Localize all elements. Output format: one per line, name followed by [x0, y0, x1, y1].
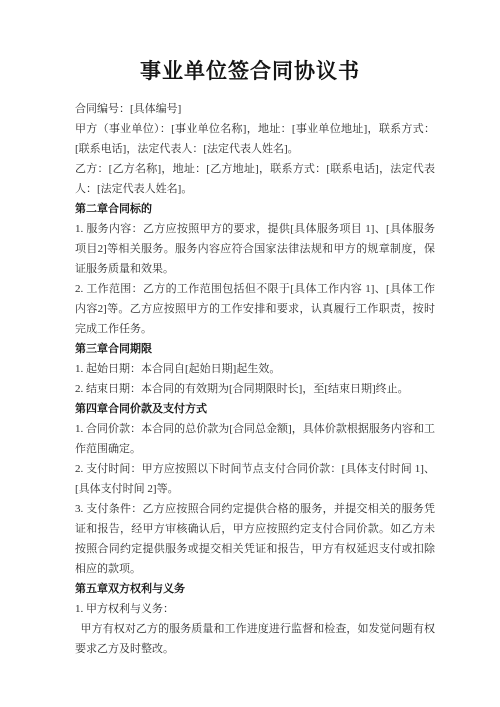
- paragraph: 2. 支付时间：甲方应按照以下时间节点支付合同价款：[具体支付时间 1]、[具体…: [75, 459, 435, 499]
- paragraph: 1. 服务内容：乙方应按照甲方的要求，提供[具体服务项目 1]、[具体服务项目2…: [75, 219, 435, 279]
- section-heading: 第三章合同期限: [75, 339, 435, 359]
- paragraph: 甲方有权对乙方的服务质量和工作进度进行监督和检查，如发觉问题有权要求乙方及时整改…: [75, 619, 435, 659]
- paragraph: 1. 甲方权利与义务：: [75, 599, 435, 619]
- paragraph: 1. 起始日期：本合同自[起始日期]起生效。: [75, 359, 435, 379]
- paragraph: 3. 支付条件：乙方应按照合同约定提供合格的服务，并提交相关的服务凭证和报告，经…: [75, 499, 435, 579]
- section-heading: 第二章合同标的: [75, 199, 435, 219]
- document-title: 事业单位签合同协议书: [0, 57, 500, 85]
- document-page: 事业单位签合同协议书 合同编号：[具体编号]甲方（事业单位）：[事业单位名称]，…: [0, 0, 500, 707]
- paragraph: 2. 结束日期：本合同的有效期为[合同期限时长]，至[结束日期]终止。: [75, 379, 435, 399]
- section-heading: 第四章合同价款及支付方式: [75, 399, 435, 419]
- document-body: 合同编号：[具体编号]甲方（事业单位）：[事业单位名称]，地址：[事业单位地址]…: [75, 99, 435, 659]
- section-heading: 第五章双方权利与义务: [75, 579, 435, 599]
- paragraph: 2. 工作范围：乙方的工作范围包括但不限于[具体工作内容 1]、[具体工作内容2…: [75, 279, 435, 339]
- paragraph: 1. 合同价款：本合同的总价款为[合同总金额]，具体价款根据服务内容和工作范围确…: [75, 419, 435, 459]
- paragraph: 合同编号：[具体编号]: [75, 99, 435, 119]
- paragraph: 乙方：[乙方名称]，地址：[乙方地址]，联系方式：[联系电话]，法定代表人：[法…: [75, 159, 435, 199]
- paragraph: 甲方（事业单位）：[事业单位名称]，地址：[事业单位地址]，联系方式：[联系电话…: [75, 119, 435, 159]
